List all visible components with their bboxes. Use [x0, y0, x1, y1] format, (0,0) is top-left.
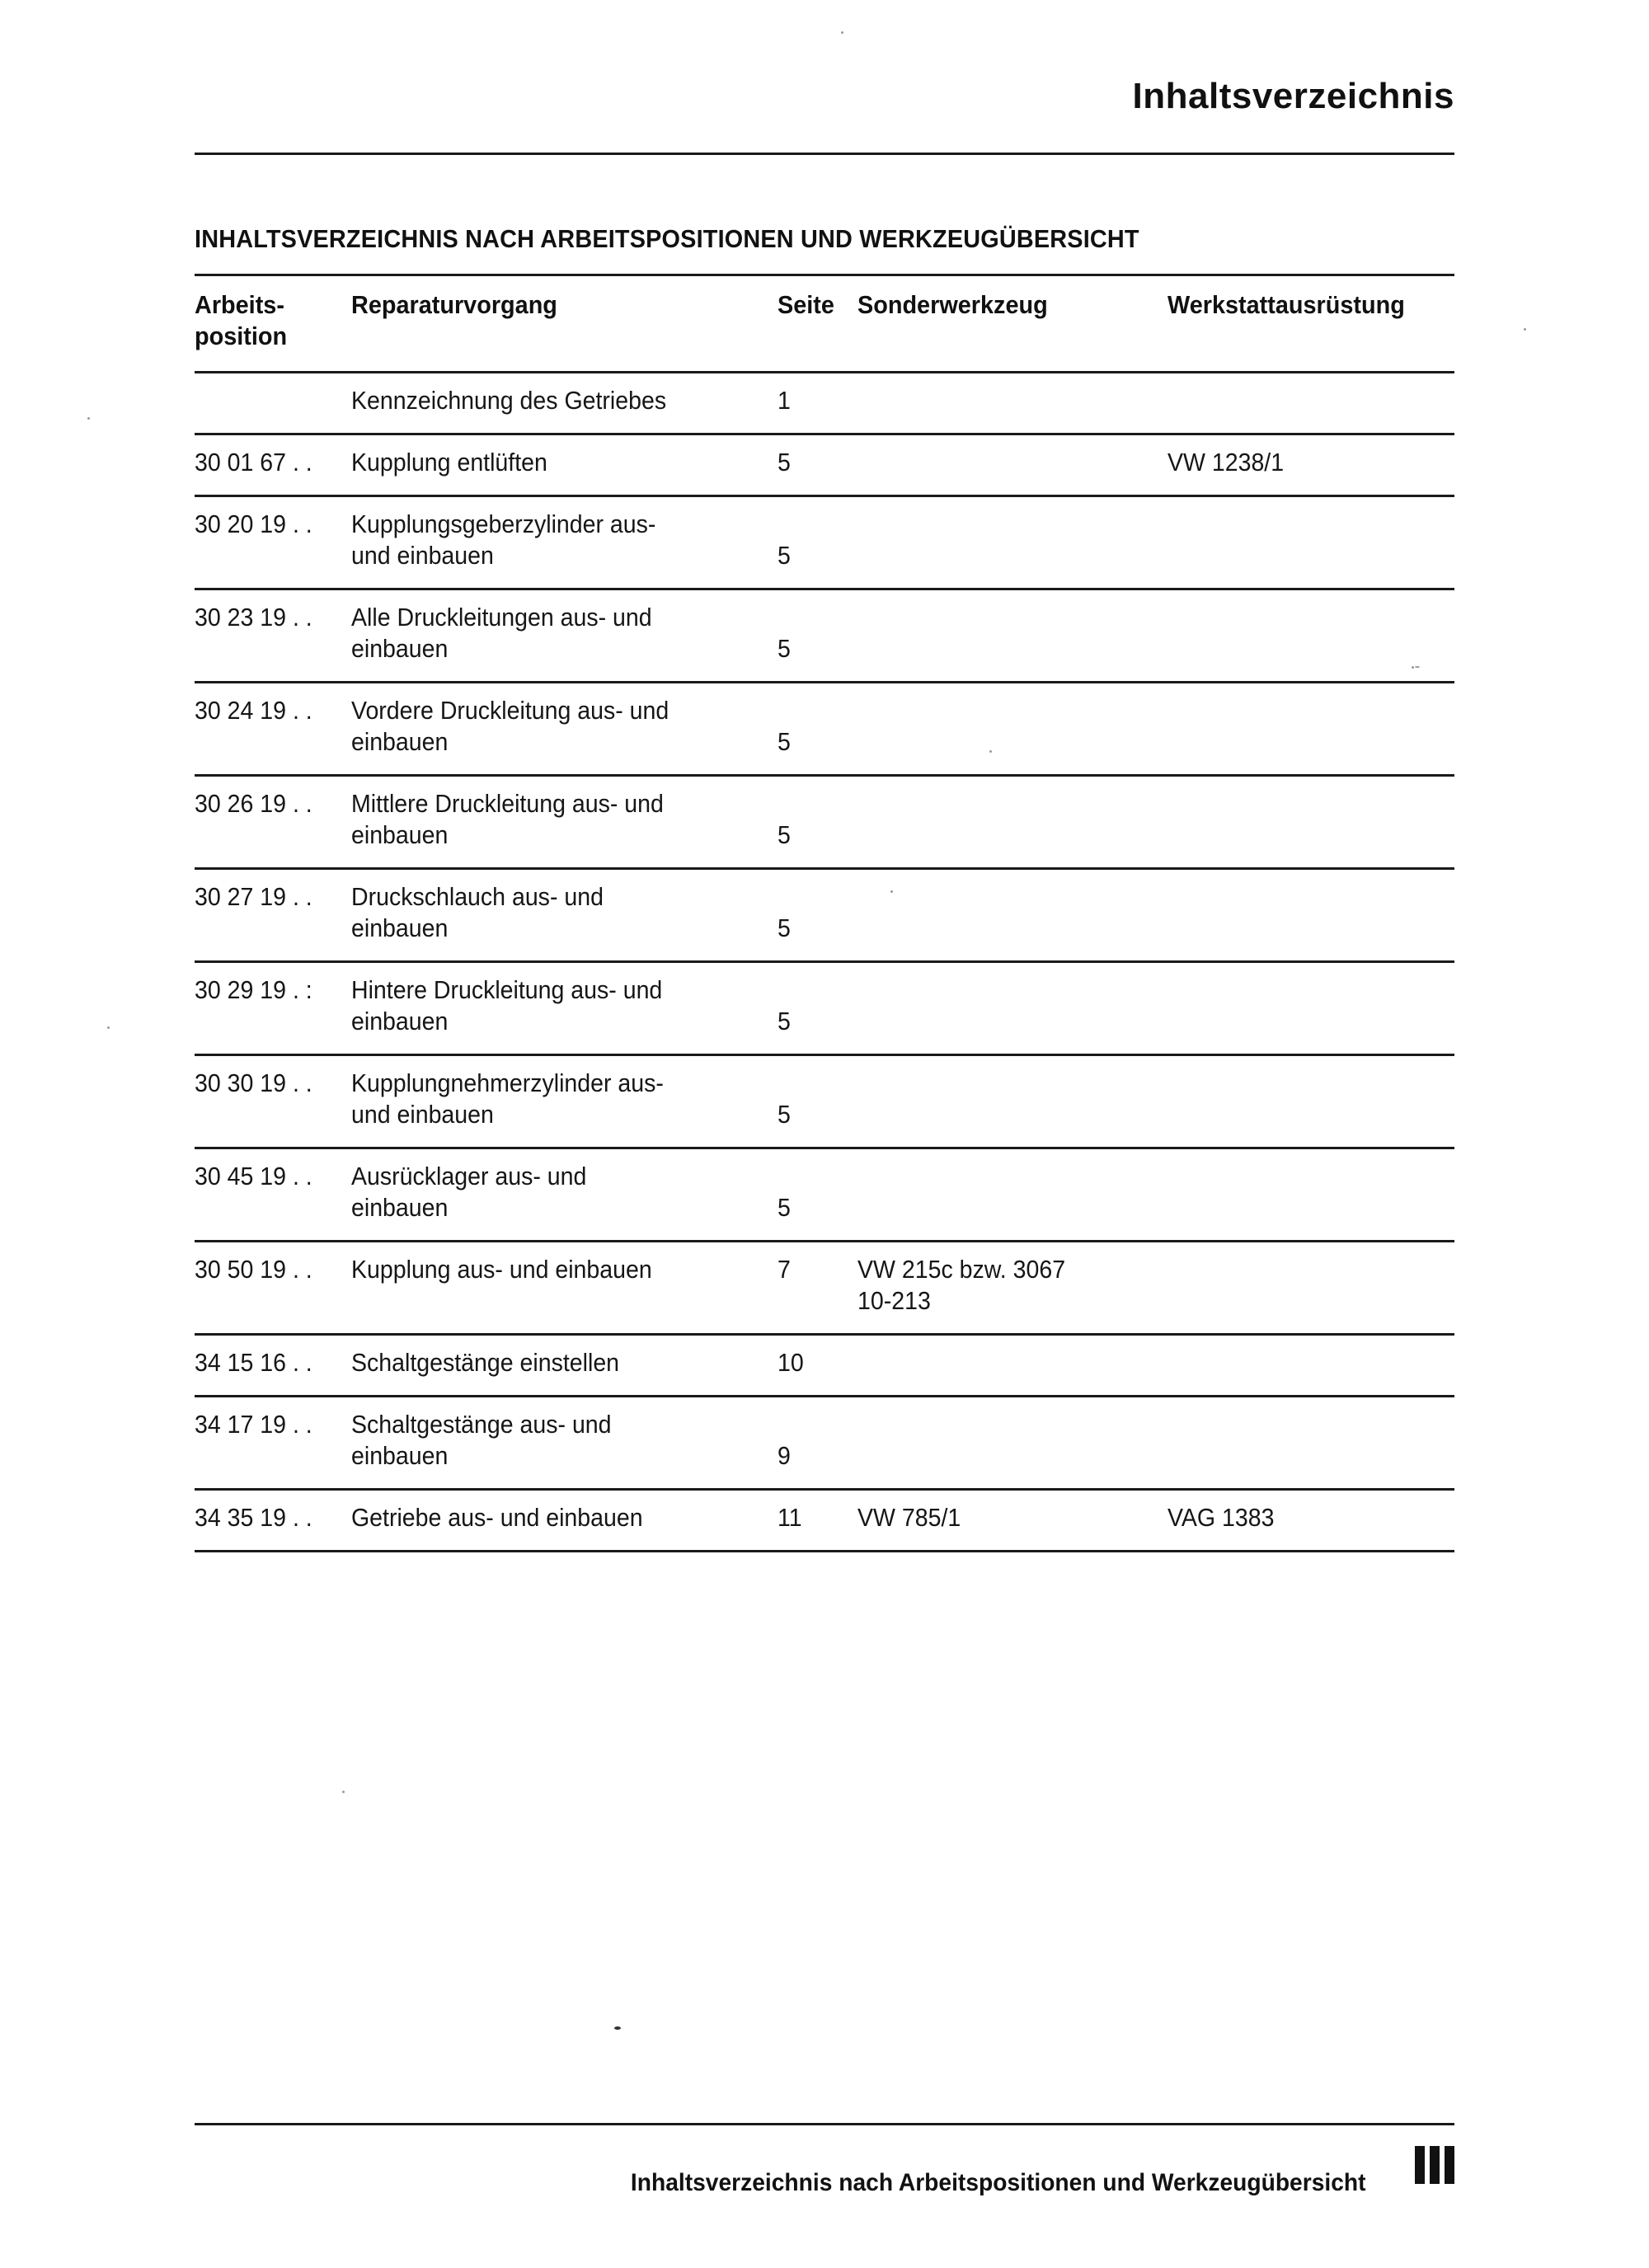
page-number: III — [1415, 2146, 1454, 2182]
cell-description-line1: Getriebe aus- und einbauen — [351, 1502, 643, 1533]
scan-speck — [87, 417, 90, 420]
table-row: 30 50 19 . .Kupplung aus- und einbauen7V… — [195, 1242, 1454, 1336]
table-header: Arbeits- position Reparaturvorgang Seite… — [195, 274, 1454, 373]
column-header-workshop-equipment: Werkstattausrüstung — [1167, 289, 1405, 321]
scan-speck — [342, 1791, 345, 1793]
cell-description: Kupplungsgeberzylinder aus-und einbauen — [351, 509, 655, 571]
cell-special-tools-line2: 10-213 — [857, 1285, 1065, 1317]
cell-workshop-equipment: VAG 1383 — [1167, 1502, 1274, 1533]
cell-description-line1: Kupplung aus- und einbauen — [351, 1254, 652, 1285]
cell-position: 34 15 16 . . — [195, 1347, 312, 1378]
cell-description: Vordere Druckleitung aus- undeinbauen — [351, 695, 669, 758]
column-header-special-tools: Sonderwerkzeug — [857, 289, 1048, 321]
cell-description-line2: und einbauen — [351, 1099, 664, 1130]
cell-description-line2: einbauen — [351, 1006, 662, 1037]
table-row: 30 01 67 . .Kupplung entlüften5VW 1238/1 — [195, 435, 1454, 497]
table-row: 30 29 19 . :Hintere Druckleitung aus- un… — [195, 963, 1454, 1056]
column-header-position-line2: position — [195, 321, 287, 352]
column-header-position: Arbeits- position — [195, 289, 287, 352]
cell-page: 11 — [778, 1502, 802, 1533]
cell-description-line1: Kupplungnehmerzylinder aus- — [351, 1068, 664, 1099]
page-title: Inhaltsverzeichnis — [1133, 76, 1454, 117]
cell-description: Hintere Druckleitung aus- undeinbauen — [351, 974, 662, 1037]
cell-description-line1: Druckschlauch aus- und — [351, 881, 604, 913]
table-row: 30 27 19 . .Druckschlauch aus- undeinbau… — [195, 870, 1454, 963]
cell-description: Druckschlauch aus- undeinbauen — [351, 881, 604, 944]
cell-description-line2: einbauen — [351, 1192, 586, 1223]
cell-description-line1: Alle Druckleitungen aus- und — [351, 602, 652, 633]
column-header-description: Reparaturvorgang — [351, 289, 557, 321]
cell-page: 5 — [778, 633, 791, 664]
cell-special-tools: VW 215c bzw. 306710-213 — [857, 1254, 1065, 1317]
cell-description: Kupplung aus- und einbauen — [351, 1254, 652, 1285]
cell-description-line1: Vordere Druckleitung aus- und — [351, 695, 669, 726]
cell-description: Schaltgestänge aus- undeinbauen — [351, 1409, 612, 1472]
cell-page: 5 — [778, 447, 791, 478]
cell-page: 1 — [778, 385, 791, 416]
cell-description: Kennzeichnung des Getriebes — [351, 385, 666, 416]
cell-special-tools: VW 785/1 — [857, 1502, 961, 1533]
cell-description: Kupplungnehmerzylinder aus-und einbauen — [351, 1068, 664, 1130]
cell-position: 34 35 19 . . — [195, 1502, 312, 1533]
cell-position: 30 24 19 . . — [195, 695, 312, 726]
cell-workshop-equipment: VW 1238/1 — [1167, 447, 1284, 478]
cell-description-line1: Mittlere Druckleitung aus- und — [351, 788, 664, 819]
table-row: 34 35 19 . .Getriebe aus- und einbauen11… — [195, 1491, 1454, 1552]
cell-position: 30 30 19 . . — [195, 1068, 312, 1099]
cell-page: 7 — [778, 1254, 791, 1285]
cell-description: Schaltgestänge einstellen — [351, 1347, 619, 1378]
table-row: 30 23 19 . .Alle Druckleitungen aus- und… — [195, 590, 1454, 683]
cell-special-tools-line1: VW 215c bzw. 3067 — [857, 1254, 1065, 1285]
cell-position: 30 23 19 . . — [195, 602, 312, 633]
table-row: Kennzeichnung des Getriebes1 — [195, 373, 1454, 435]
cell-description-line1: Schaltgestänge einstellen — [351, 1347, 619, 1378]
table-row: 30 20 19 . .Kupplungsgeberzylinder aus-u… — [195, 497, 1454, 590]
cell-position: 34 17 19 . . — [195, 1409, 312, 1440]
column-header-position-line1: Arbeits- — [195, 289, 287, 321]
table-row: 34 15 16 . .Schaltgestänge einstellen10 — [195, 1336, 1454, 1397]
table-row: 34 17 19 . .Schaltgestänge aus- undeinba… — [195, 1397, 1454, 1491]
cell-description-line2: einbauen — [351, 1440, 612, 1472]
table-row: 30 26 19 . .Mittlere Druckleitung aus- u… — [195, 777, 1454, 870]
scan-speck — [614, 2026, 621, 2030]
cell-description-line1: Kupplungsgeberzylinder aus- — [351, 509, 655, 540]
section-heading: INHALTSVERZEICHNIS NACH ARBEITSPOSITIONE… — [195, 224, 1139, 254]
cell-description-line1: Ausrücklager aus- und — [351, 1161, 586, 1192]
cell-description-line1: Schaltgestänge aus- und — [351, 1409, 612, 1440]
cell-description-line1: Hintere Druckleitung aus- und — [351, 974, 662, 1006]
cell-position: 30 45 19 . . — [195, 1161, 312, 1192]
cell-description-line2: einbauen — [351, 913, 604, 944]
scan-speck — [989, 750, 992, 753]
footer-divider — [195, 2123, 1454, 2125]
column-header-page: Seite — [778, 289, 834, 321]
cell-page: 5 — [778, 726, 791, 758]
cell-description-line2: einbauen — [351, 633, 652, 664]
cell-page: 5 — [778, 540, 791, 571]
table-row: 30 45 19 . .Ausrücklager aus- undeinbaue… — [195, 1149, 1454, 1242]
cell-description-line1: Kupplung entlüften — [351, 447, 547, 478]
scan-speck — [890, 890, 893, 893]
table-row: 30 24 19 . .Vordere Druckleitung aus- un… — [195, 683, 1454, 777]
scan-speck — [1524, 328, 1526, 331]
table-row: 30 30 19 . .Kupplungnehmerzylinder aus-u… — [195, 1056, 1454, 1149]
header-divider — [195, 153, 1454, 155]
cell-page: 10 — [778, 1347, 804, 1378]
cell-description: Alle Druckleitungen aus- undeinbauen — [351, 602, 652, 664]
roman-numeral-stroke — [1415, 2146, 1425, 2184]
cell-page: 5 — [778, 819, 791, 851]
scan-speck — [1412, 666, 1414, 669]
cell-description: Getriebe aus- und einbauen — [351, 1502, 643, 1533]
footer-text: Inhaltsverzeichnis nach Arbeitspositione… — [631, 2169, 1366, 2197]
cell-page: 5 — [778, 913, 791, 944]
cell-description-line2: einbauen — [351, 726, 669, 758]
cell-page: 5 — [778, 1192, 791, 1223]
table-body: Kennzeichnung des Getriebes130 01 67 . .… — [195, 373, 1454, 1552]
cell-description-line2: einbauen — [351, 819, 664, 851]
scan-speck — [1415, 666, 1420, 668]
cell-position: 30 20 19 . . — [195, 509, 312, 540]
roman-numeral-stroke — [1445, 2146, 1454, 2184]
cell-description: Kupplung entlüften — [351, 447, 547, 478]
cell-special-tools-line1: VW 785/1 — [857, 1502, 961, 1533]
roman-numeral-stroke — [1430, 2146, 1440, 2184]
cell-position: 30 29 19 . : — [195, 974, 312, 1006]
cell-description-line2: und einbauen — [351, 540, 655, 571]
cell-page: 5 — [778, 1099, 791, 1130]
cell-position: 30 01 67 . . — [195, 447, 312, 478]
cell-position: 30 27 19 . . — [195, 881, 312, 913]
cell-position: 30 50 19 . . — [195, 1254, 312, 1285]
toc-table: Arbeits- position Reparaturvorgang Seite… — [195, 274, 1454, 1552]
cell-position: 30 26 19 . . — [195, 788, 312, 819]
cell-description: Mittlere Druckleitung aus- undeinbauen — [351, 788, 664, 851]
cell-page: 9 — [778, 1440, 791, 1472]
cell-description: Ausrücklager aus- undeinbauen — [351, 1161, 586, 1223]
scan-speck — [107, 1026, 110, 1029]
cell-page: 5 — [778, 1006, 791, 1037]
scan-speck — [841, 31, 843, 34]
cell-description-line1: Kennzeichnung des Getriebes — [351, 385, 666, 416]
